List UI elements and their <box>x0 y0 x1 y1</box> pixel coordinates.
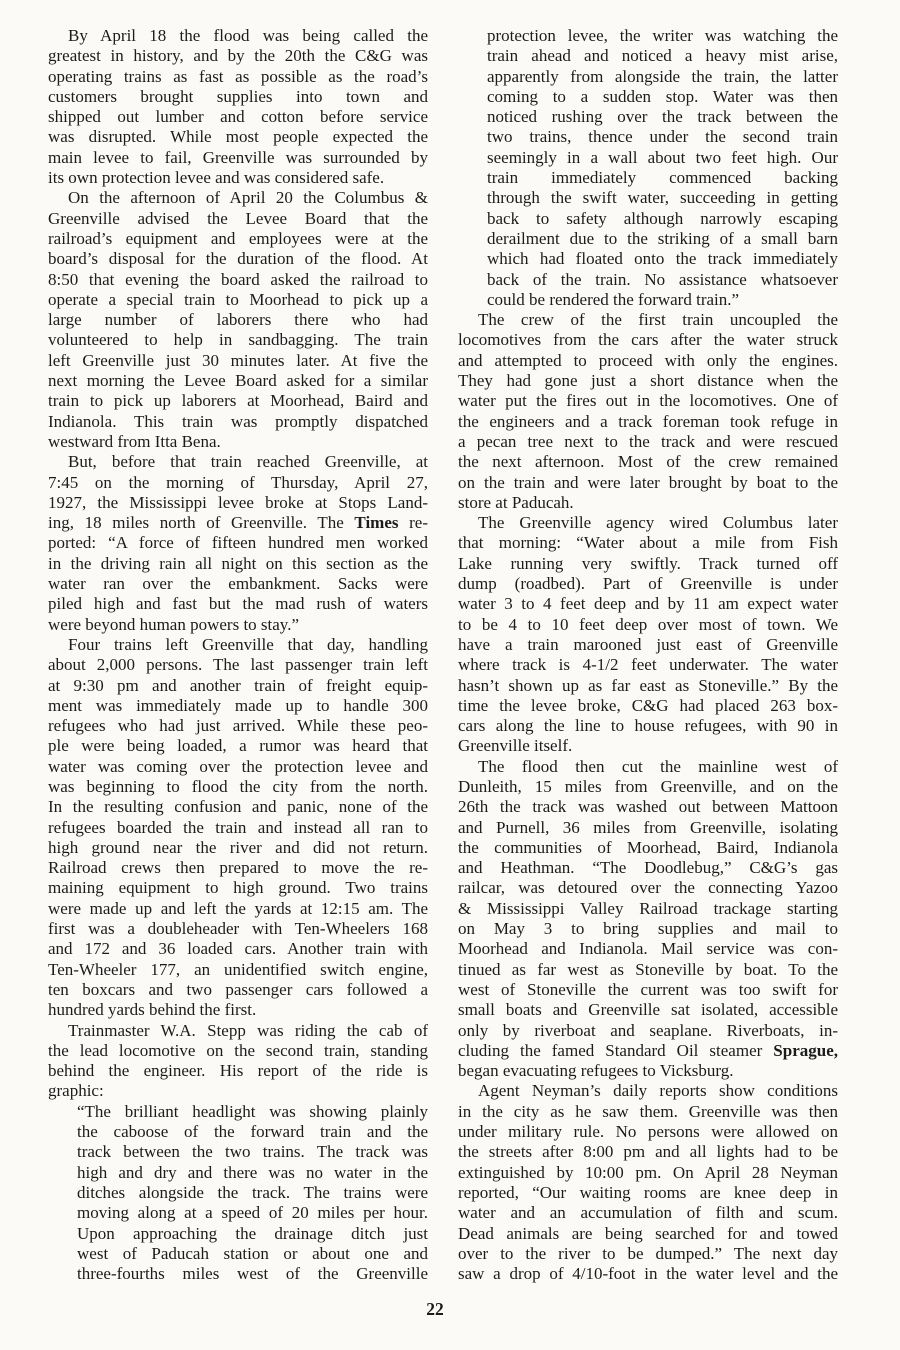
text-line: which had floated onto the track immedia… <box>487 249 838 269</box>
text-line: In the resulting confusion and panic, no… <box>48 797 428 817</box>
text-line: a pecan tree next to the track and were … <box>458 432 838 452</box>
text-line: the streets after 8:00 pm and all lights… <box>458 1142 838 1162</box>
text-line: Moorhead and Indianola. Mail service was… <box>458 939 838 959</box>
text-line: Four trains left Greenville that day, ha… <box>48 635 428 655</box>
paragraph: Trainmaster W.A. Stepp was riding the ca… <box>48 1021 428 1102</box>
text-line: 26th the track was washed out between Ma… <box>458 797 838 817</box>
text-line: was beginning to flood the city from the… <box>48 777 428 797</box>
text-line: in the city as he saw them. Greenville w… <box>458 1102 838 1122</box>
text-line: Greenville itself. <box>458 736 838 756</box>
text-line: two trains, thence under the second trai… <box>487 127 838 147</box>
text-line: and Heathman. “The Doodlebug,” C&G’s gas <box>458 858 838 878</box>
text-line: greatest in history, and by the 20th the… <box>48 46 428 66</box>
text-line: behind the engineer. His report of the r… <box>48 1061 428 1081</box>
text-line: “The brilliant headlight was showing pla… <box>77 1102 428 1122</box>
bold-text: Times <box>354 513 398 532</box>
paragraph: On the afternoon of April 20 the Columbu… <box>48 188 428 452</box>
paragraph: Four trains left Greenville that day, ha… <box>48 635 428 1021</box>
text-line: seemingly in a wall about two feet high.… <box>487 148 838 168</box>
text-line: ditches alongside the track. The trains … <box>77 1183 428 1203</box>
text-line: on the train and were later brought by b… <box>458 473 838 493</box>
text-line: began evacuating refugees to Vicksburg. <box>458 1061 838 1081</box>
paragraph: But, before that train reached Greenvill… <box>48 452 428 635</box>
text-line: hasn’t shown up as far east as Stonevill… <box>458 676 838 696</box>
text-line: Ten-Wheeler 177, an unidentified switch … <box>48 960 428 980</box>
text-line: westward from Itta Bena. <box>48 432 428 452</box>
text-line: back to safety although narrowly escapin… <box>487 209 838 229</box>
text-line: and attempted to proceed with only the e… <box>458 351 838 371</box>
text-line: The Greenville agency wired Columbus lat… <box>458 513 838 533</box>
text-line: Trainmaster W.A. Stepp was riding the ca… <box>48 1021 428 1041</box>
text-line: water put the fires out in the locomotiv… <box>458 391 838 411</box>
text-line: On the afternoon of April 20 the Columbu… <box>48 188 428 208</box>
text-line: ing, 18 miles north of Greenville. The T… <box>48 513 428 533</box>
text-line: locomotives from the cars after the wate… <box>458 330 838 350</box>
text-line: apparently from alongside the train, the… <box>487 67 838 87</box>
text-line: tinued as far west as Stoneville by boat… <box>458 960 838 980</box>
text-line: Agent Neyman’s daily reports show condit… <box>458 1081 838 1101</box>
text-line: refugees who had just arrived. While the… <box>48 716 428 736</box>
text-line: train ahead and noticed a heavy mist ari… <box>487 46 838 66</box>
text-line: Dunleith, 15 miles from Greenville, and … <box>458 777 838 797</box>
right-column: protection levee, the writer was watchin… <box>458 26 838 1284</box>
text-line: Indianola. This train was promptly dispa… <box>48 412 428 432</box>
text-line: about 2,000 persons. The last passenger … <box>48 655 428 675</box>
text-line: only by riverboat and seaplane. Riverboa… <box>458 1021 838 1041</box>
book-page: By April 18 the flood was being called t… <box>0 0 900 1350</box>
text-line: its own protection levee and was conside… <box>48 168 428 188</box>
text-line: the next afternoon. Most of the crew rem… <box>458 452 838 472</box>
text-line: hundred yards behind the first. <box>48 1000 428 1020</box>
text-line: maining equipment to high ground. Two tr… <box>48 878 428 898</box>
text-columns: By April 18 the flood was being called t… <box>48 26 838 1284</box>
text-line: the caboose of the forward train and the <box>77 1122 428 1142</box>
text-line: next morning the Levee Board asked for a… <box>48 371 428 391</box>
left-column: By April 18 the flood was being called t… <box>48 26 428 1284</box>
text-line: through the swift water, succeeding in g… <box>487 188 838 208</box>
text-line: operating trains as fast as possible as … <box>48 67 428 87</box>
text-line: & Mississippi Valley Railroad trackage s… <box>458 899 838 919</box>
text-line: refugees boarded the train and instead a… <box>48 818 428 838</box>
text-line: where track is 4-1/2 feet underwater. Th… <box>458 655 838 675</box>
text-line: were made up and left the yards at 12:15… <box>48 899 428 919</box>
paragraph: Agent Neyman’s daily reports show condit… <box>458 1081 838 1284</box>
text-line: track between the two trains. The track … <box>77 1142 428 1162</box>
text-line: to be 4 to 10 feet deep over most of tow… <box>458 615 838 635</box>
text-line: were beyond human powers to stay.” <box>48 615 428 635</box>
text-line: shipped out lumber and cotton before ser… <box>48 107 428 127</box>
text-line: piled high and fast but the mad rush of … <box>48 594 428 614</box>
text-line: reported, “Our waiting rooms are knee de… <box>458 1183 838 1203</box>
text-line: train to pick up laborers at Moorhead, B… <box>48 391 428 411</box>
text-line: 8:50 that evening the board asked the ra… <box>48 270 428 290</box>
text-line: three-fourths miles west of the Greenvil… <box>77 1264 428 1284</box>
text-line: west of Stoneville the current was too s… <box>458 980 838 1000</box>
text-line: over to the river to be dumped.” The nex… <box>458 1244 838 1264</box>
text-line: large number of laborers there who had <box>48 310 428 330</box>
text-line: train immediately commenced backing <box>487 168 838 188</box>
text-line: was disrupted. While most people expecte… <box>48 127 428 147</box>
text-line: and 172 and 36 loaded cars. Another trai… <box>48 939 428 959</box>
bold-text: Sprague, <box>773 1041 838 1060</box>
text-line: cluding the famed Standard Oil steamer S… <box>458 1041 838 1061</box>
text-line: store at Paducah. <box>458 493 838 513</box>
text-line: derailment due to the striking of a smal… <box>487 229 838 249</box>
text-line: saw a drop of 4/10-foot in the water lev… <box>458 1264 838 1284</box>
text-line: The crew of the first train uncoupled th… <box>458 310 838 330</box>
text-line: small boats and Greenville sat isolated,… <box>458 1000 838 1020</box>
text-line: water ran over the embankment. Sacks wer… <box>48 574 428 594</box>
text-line: noticed rushing over the track between t… <box>487 107 838 127</box>
page-number: 22 <box>0 1299 870 1320</box>
text-line: extinguished by 10:00 pm. On April 28 Ne… <box>458 1163 838 1183</box>
text-line: cars along the line to house refugees, w… <box>458 716 838 736</box>
text-line: Lake running very swiftly. Track turned … <box>458 554 838 574</box>
text-line: could be rendered the forward train.” <box>487 290 838 310</box>
text-line: By April 18 the flood was being called t… <box>48 26 428 46</box>
text-line: first was a doubleheader with Ten-Wheele… <box>48 919 428 939</box>
text-line: ple were being loaded, a rumor was heard… <box>48 736 428 756</box>
text-line: high and dry and there was no water in t… <box>77 1163 428 1183</box>
text-line: customers brought supplies into town and <box>48 87 428 107</box>
text-line: Dead animals are being searched for and … <box>458 1224 838 1244</box>
text-line: 7:45 on the morning of Thursday, April 2… <box>48 473 428 493</box>
paragraph: The flood then cut the mainline west ofD… <box>458 757 838 1082</box>
text-line: have a train marooned just east of Green… <box>458 635 838 655</box>
text-line: water and an accumulation of filth and s… <box>458 1203 838 1223</box>
text-line: dump (roadbed). Part of Greenville is un… <box>458 574 838 594</box>
text-line: that morning: “Water about a mile from F… <box>458 533 838 553</box>
paragraph: The Greenville agency wired Columbus lat… <box>458 513 838 757</box>
block-quote: protection levee, the writer was watchin… <box>458 26 838 310</box>
paragraph: By April 18 the flood was being called t… <box>48 26 428 188</box>
text-line: protection levee, the writer was watchin… <box>487 26 838 46</box>
text-line: under military rule. No persons were all… <box>458 1122 838 1142</box>
text-line: and Purnell, 36 miles from Greenville, i… <box>458 818 838 838</box>
text-line: ment was immediately made up to handle 3… <box>48 696 428 716</box>
text-line: main levee to fail, Greenville was surro… <box>48 148 428 168</box>
text-line: volunteered to help in sandbagging. The … <box>48 330 428 350</box>
text-line: railroad’s equipment and employees were … <box>48 229 428 249</box>
text-line: high ground near the river and did not r… <box>48 838 428 858</box>
text-line: on May 3 to bring supplies and mail to <box>458 919 838 939</box>
text-line: time the levee broke, C&G had placed 263… <box>458 696 838 716</box>
text-line: the lead locomotive on the second train,… <box>48 1041 428 1061</box>
text-line: graphic: <box>48 1081 428 1101</box>
text-line: board’s disposal for the duration of the… <box>48 249 428 269</box>
text-line: water 3 to 4 feet deep and by 11 am expe… <box>458 594 838 614</box>
text-line: back of the train. No assistance whatsoe… <box>487 270 838 290</box>
text-line: ported: “A force of fifteen hundred men … <box>48 533 428 553</box>
text-line: coming to a sudden stop. Water was then <box>487 87 838 107</box>
text-line: Upon approaching the drainage ditch just <box>77 1224 428 1244</box>
text-line: west of Paducah station or about one and <box>77 1244 428 1264</box>
text-line: moving along at a speed of 20 miles per … <box>77 1203 428 1223</box>
block-quote: “The brilliant headlight was showing pla… <box>48 1102 428 1285</box>
text-line: ten boxcars and two passenger cars follo… <box>48 980 428 1000</box>
text-line: 1927, the Mississippi levee broke at Sto… <box>48 493 428 513</box>
text-line: water was coming over the protection lev… <box>48 757 428 777</box>
text-line: the communities of Moorhead, Baird, Indi… <box>458 838 838 858</box>
text-line: the engineers and a track foreman took r… <box>458 412 838 432</box>
text-line: Greenville advised the Levee Board that … <box>48 209 428 229</box>
text-line: railcar, was detoured over the connectin… <box>458 878 838 898</box>
text-line: at 9:30 pm and another train of freight … <box>48 676 428 696</box>
text-line: in the driving rain all night on this se… <box>48 554 428 574</box>
text-line: left Greenville just 30 minutes later. A… <box>48 351 428 371</box>
text-line: Railroad crews then prepared to move the… <box>48 858 428 878</box>
text-line: They had gone just a short distance when… <box>458 371 838 391</box>
text-line: operate a special train to Moorhead to p… <box>48 290 428 310</box>
paragraph: The crew of the first train uncoupled th… <box>458 310 838 513</box>
text-line: But, before that train reached Greenvill… <box>48 452 428 472</box>
text-line: The flood then cut the mainline west of <box>458 757 838 777</box>
